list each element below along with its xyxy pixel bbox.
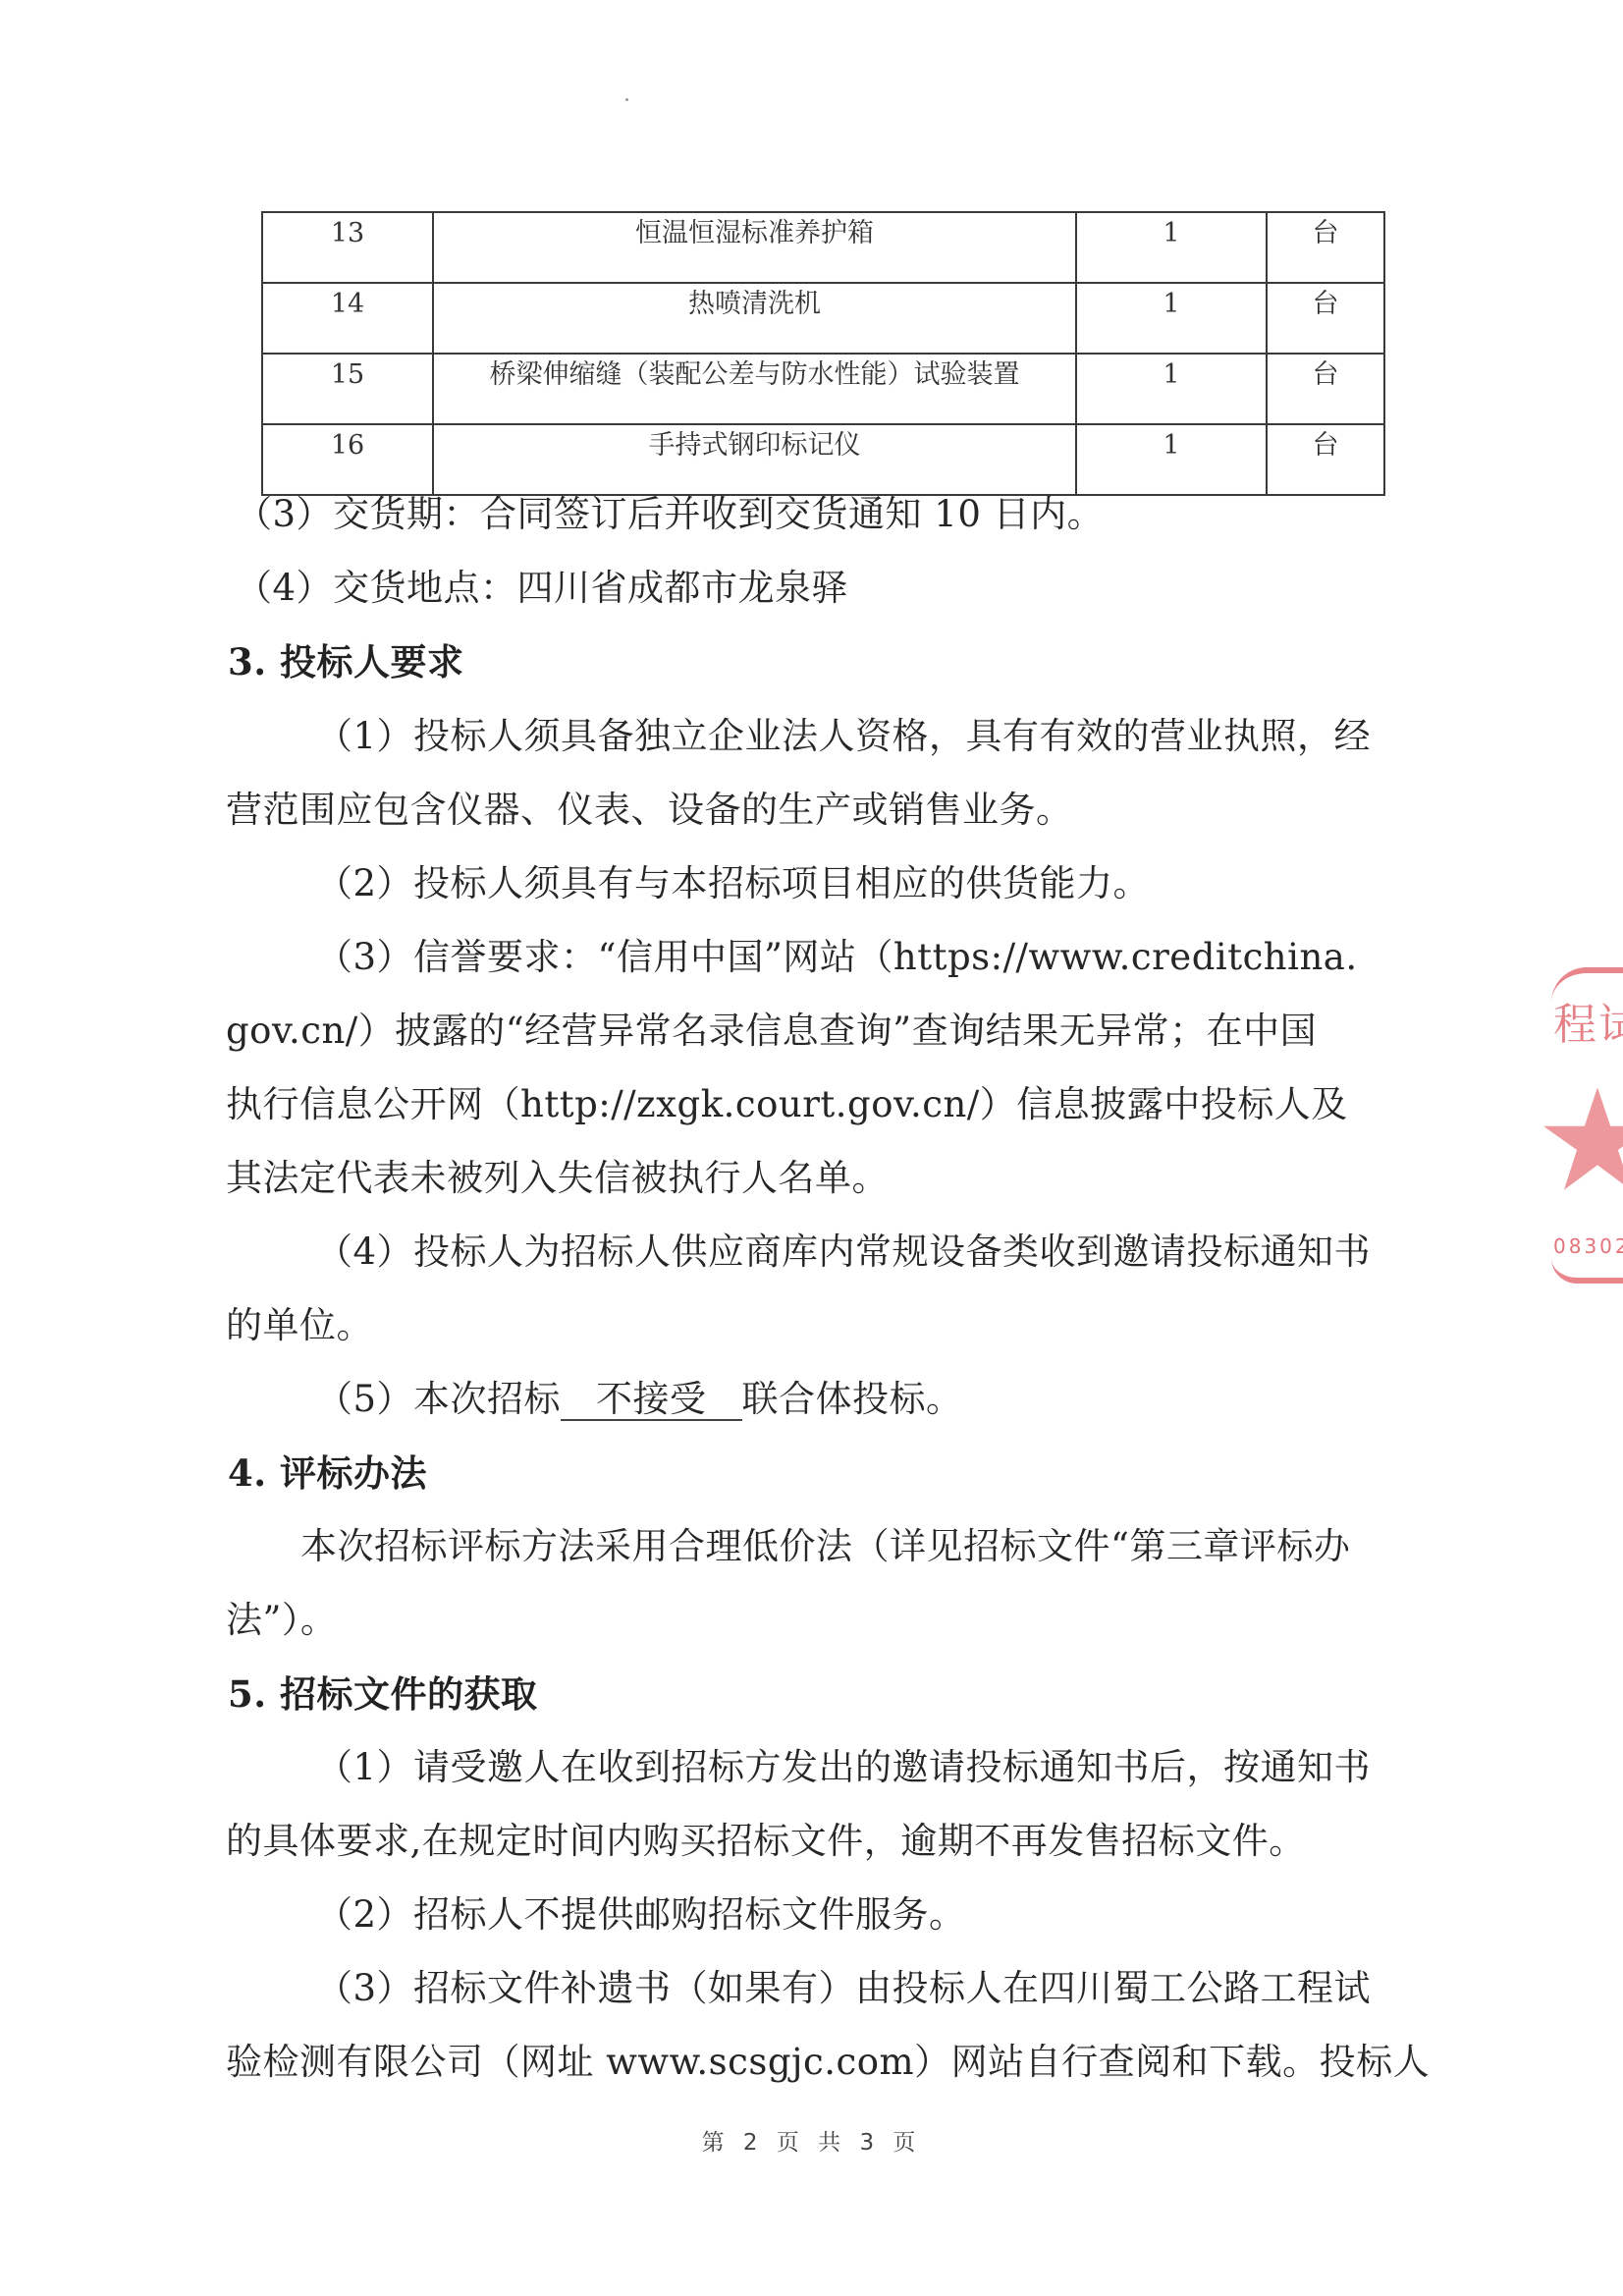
joint-bid-blank: 不接受 <box>561 1380 742 1421</box>
table-row: 14 热喷清洗机 1 台 <box>262 283 1384 354</box>
requirement-1-line-1: （1）投标人须具备独立企业法人资格，具有有效的营业执照，经 <box>316 715 1371 758</box>
requirement-2: （2）投标人须具有与本招标项目相应的供货能力。 <box>316 862 1150 905</box>
equipment-name: 手持式钢印标记仪 <box>433 424 1076 495</box>
row-number: 13 <box>262 212 433 283</box>
requirement-3-line-2: gov.cn/）披露的“经营异常名录信息查询”查询结果无异常；在中国 <box>226 1010 1317 1053</box>
acquisition-3-line-1: （3）招标文件补遗书（如果有）由投标人在四川蜀工公路工程试 <box>316 1967 1371 2010</box>
delivery-place: （4）交货地点：四川省成都市龙泉驿 <box>236 567 848 610</box>
row-number: 14 <box>262 283 433 354</box>
row-number: 15 <box>262 354 433 424</box>
seal-number: 08302 <box>1553 1234 1623 1258</box>
acquisition-2: （2）招标人不提供邮购招标文件服务。 <box>316 1893 966 1937</box>
unit: 台 <box>1267 424 1384 495</box>
equipment-name: 恒温恒湿标准养护箱 <box>433 212 1076 283</box>
evaluation-line-1: 本次招标评标方法采用合理低价法（详见招标文件“第三章评标办 <box>300 1525 1350 1568</box>
table-row: 13 恒温恒湿标准养护箱 1 台 <box>262 212 1384 283</box>
evaluation-line-2: 法”）。 <box>226 1599 337 1642</box>
requirement-5: （5）本次招标不接受联合体投标。 <box>316 1378 963 1421</box>
acquisition-1-line-2: 的具体要求,在规定时间内购买招标文件，逾期不再发售招标文件。 <box>226 1820 1306 1863</box>
quantity: 1 <box>1076 283 1267 354</box>
requirement-3-line-4: 其法定代表未被列入失信被执行人名单。 <box>226 1157 889 1200</box>
quantity: 1 <box>1076 424 1267 495</box>
row-number: 16 <box>262 424 433 495</box>
delivery-period: （3）交货期：合同签订后并收到交货通知 10 日内。 <box>236 493 1104 536</box>
unit: 台 <box>1267 283 1384 354</box>
section-heading-bidder-requirements: 3. 投标人要求 <box>228 640 464 683</box>
scan-speck <box>625 98 628 101</box>
requirement-4-line-2: 的单位。 <box>226 1304 373 1347</box>
requirement-4-line-1: （4）投标人为招标人供应商库内常规设备类收到邀请投标通知书 <box>316 1230 1371 1274</box>
equipment-table: 13 恒温恒湿标准养护箱 1 台 14 热喷清洗机 1 台 15 桥梁伸缩缝（装… <box>261 211 1385 496</box>
company-seal: 程试 08302 <box>1551 967 1623 1282</box>
requirement-3-line-3: 执行信息公开网（http://zxgk.court.gov.cn/）信息披露中投… <box>226 1083 1348 1126</box>
requirement-1-line-2: 营范围应包含仪器、仪表、设备的生产或销售业务。 <box>226 789 1073 832</box>
star-icon <box>1543 1085 1623 1193</box>
acquisition-3-line-2: 验检测有限公司（网址 www.scsgjc.com）网站自行查阅和下载。投标人 <box>226 2041 1430 2084</box>
equipment-name: 桥梁伸缩缝（装配公差与防水性能）试验装置 <box>433 354 1076 424</box>
table-row: 16 手持式钢印标记仪 1 台 <box>262 424 1384 495</box>
table-row: 15 桥梁伸缩缝（装配公差与防水性能）试验装置 1 台 <box>262 354 1384 424</box>
requirement-5-prefix: （5）本次招标 <box>316 1378 561 1420</box>
requirement-5-suffix: 联合体投标。 <box>742 1378 963 1420</box>
equipment-name: 热喷清洗机 <box>433 283 1076 354</box>
page-number: 第 2 页 共 3 页 <box>0 2124 1623 2157</box>
section-heading-document-acquisition: 5. 招标文件的获取 <box>228 1672 538 1716</box>
unit: 台 <box>1267 354 1384 424</box>
seal-text: 程试 <box>1553 989 1623 1052</box>
requirement-3-line-1: （3）信誉要求：“信用中国”网站（https://www.creditchina… <box>316 936 1358 979</box>
acquisition-1-line-1: （1）请受邀人在收到招标方发出的邀请投标通知书后，按通知书 <box>316 1746 1371 1789</box>
seal-border-bottom <box>1551 1258 1623 1284</box>
section-heading-evaluation-method: 4. 评标办法 <box>228 1451 427 1495</box>
quantity: 1 <box>1076 354 1267 424</box>
unit: 台 <box>1267 212 1384 283</box>
quantity: 1 <box>1076 212 1267 283</box>
